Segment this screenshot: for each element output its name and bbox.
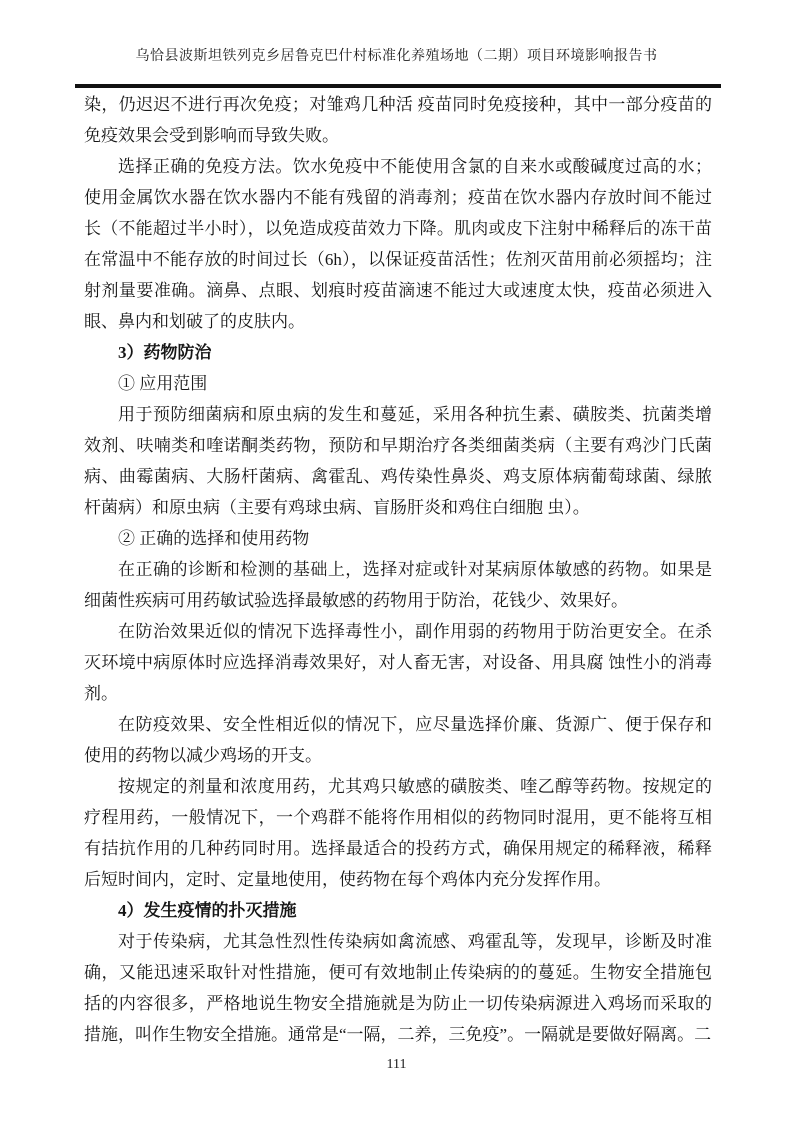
paragraph: 用于预防细菌病和原虫病的发生和蔓延，采用各种抗生素、磺胺类、抗菌类增效剂、呋喃类…: [84, 399, 712, 523]
page-footer: 111: [0, 1057, 793, 1073]
paragraph-continuation: 染，仍迟迟不进行再次免疫；对雏鸡几种活 疫苗同时免疫接种，其中一部分疫苗的免疫效…: [84, 89, 712, 151]
document-body: 染，仍迟迟不进行再次免疫；对雏鸡几种活 疫苗同时免疫接种，其中一部分疫苗的免疫效…: [84, 89, 712, 1050]
paragraph: 对于传染病，尤其急性烈性传染病如禽流感、鸡霍乱等，发现早，诊断及时准确，又能迅速…: [84, 926, 712, 1050]
header-title: 乌恰县波斯坦铁列克乡居鲁克巴什村标准化养殖场地（二期）项目环境影响报告书: [0, 48, 793, 66]
header-rule: [75, 84, 721, 88]
paragraph: 在正确的诊断和检测的基础上，选择对症或针对某病原体敏感的药物。如果是细菌性疾病可…: [84, 554, 712, 616]
paragraph: 选择正确的免疫方法。饮水免疫中不能使用含氯的自来水或酸碱度过高的水；使用金属饮水…: [84, 151, 712, 337]
paragraph: 按规定的剂量和浓度用药，尤其鸡只敏感的磺胺类、喹乙醇等药物。按规定的疗程用药，一…: [84, 771, 712, 895]
paragraph: 在防治效果近似的情况下选择毒性小，副作用弱的药物用于防治更安全。在杀灭环境中病原…: [84, 616, 712, 709]
page-number: 111: [387, 1057, 407, 1072]
list-item-correct-drug-use: ② 正确的选择和使用药物: [84, 523, 712, 554]
section-heading-drug-prevention: 3）药物防治: [84, 337, 712, 368]
paragraph: 在防疫效果、安全性相近似的情况下，应尽量选择价廉、货源广、便于保存和使用的药物以…: [84, 709, 712, 771]
list-item-application-scope: ① 应用范围: [84, 368, 712, 399]
section-heading-outbreak-measures: 4）发生疫情的扑灭措施: [84, 895, 712, 926]
document-page: 乌恰县波斯坦铁列克乡居鲁克巴什村标准化养殖场地（二期）项目环境影响报告书 染，仍…: [0, 0, 793, 1122]
